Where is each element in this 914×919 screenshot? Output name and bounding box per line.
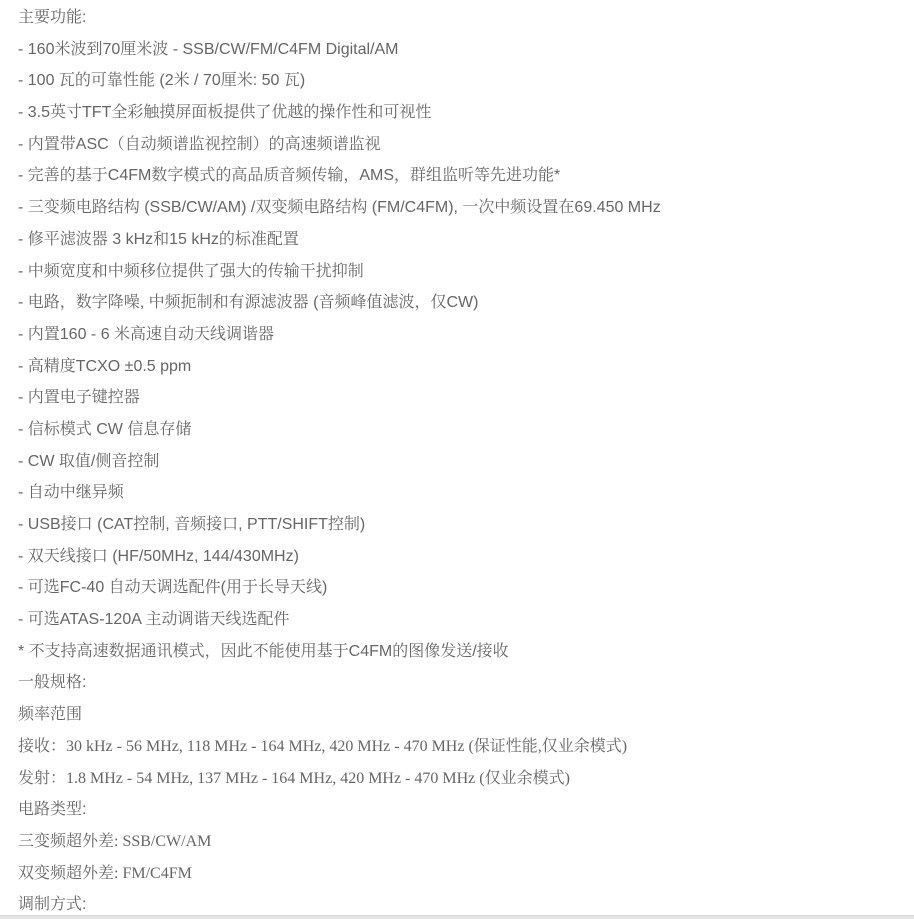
feature-item: - 内置160 - 6 米高速自动天线调谐器 (18, 319, 914, 351)
triple-conversion-spec: 三变频超外差: SSB/CW/AM (18, 826, 914, 858)
feature-item: - 3.5英寸TFT全彩触摸屏面板提供了优越的操作性和可视性 (18, 97, 914, 129)
feature-item: - 可选FC-40 自动天调选配件(用于长导天线) (18, 572, 914, 604)
feature-item: - 100 瓦的可靠性能 (2米 / 70厘米: 50 瓦) (18, 65, 914, 97)
feature-item: - 修平滤波器 3 kHz和15 kHz的标准配置 (18, 224, 914, 256)
feature-item: - 中频宽度和中频移位提供了强大的传输干扰抑制 (18, 256, 914, 288)
frequency-range-heading: 频率范围 (18, 699, 914, 731)
receive-range: 接收：30 kHz - 56 MHz, 118 MHz - 164 MHz, 4… (18, 731, 914, 763)
feature-item: - CW 取值/侧音控制 (18, 446, 914, 478)
features-heading: 主要功能: (18, 2, 914, 34)
feature-item: - 内置电子键控器 (18, 382, 914, 414)
feature-item: - 高精度TCXO ±0.5 ppm (18, 351, 914, 383)
spec-document: 主要功能: - 160米波到70厘米波 - SSB/CW/FM/C4FM Dig… (18, 2, 914, 919)
feature-item: - 可选ATAS-120A 主动调谐天线选配件 (18, 604, 914, 636)
feature-item: - 三变频电路结构 (SSB/CW/AM) /双变频电路结构 (FM/C4FM)… (18, 192, 914, 224)
feature-item: - 160米波到70厘米波 - SSB/CW/FM/C4FM Digital/A… (18, 34, 914, 66)
double-conversion-spec: 双变频超外差: FM/C4FM (18, 858, 914, 890)
feature-item: - 自动中继异频 (18, 477, 914, 509)
feature-item: - 内置带ASC（自动频谱监视控制）的高速频谱监视 (18, 129, 914, 161)
transmit-range: 发射：1.8 MHz - 54 MHz, 137 MHz - 164 MHz, … (18, 763, 914, 795)
bottom-border (0, 915, 914, 919)
feature-item: - 电路，数字降噪, 中频扼制和有源滤波器 (音频峰值滤波，仅CW) (18, 287, 914, 319)
feature-item: - 双天线接口 (HF/50MHz, 144/430MHz) (18, 541, 914, 573)
general-specs-heading: 一般规格: (18, 667, 914, 699)
feature-item: - 完善的基于C4FM数字模式的高品质音频传输，AMS，群组监听等先进功能* (18, 160, 914, 192)
feature-item: - 信标模式 CW 信息存储 (18, 414, 914, 446)
feature-item: - USB接口 (CAT控制, 音频接口, PTT/SHIFT控制) (18, 509, 914, 541)
footnote: * 不支持高速数据通讯模式，因此不能使用基于C4FM的图像发送/接收 (18, 636, 914, 668)
circuit-type-heading: 电路类型: (18, 794, 914, 826)
